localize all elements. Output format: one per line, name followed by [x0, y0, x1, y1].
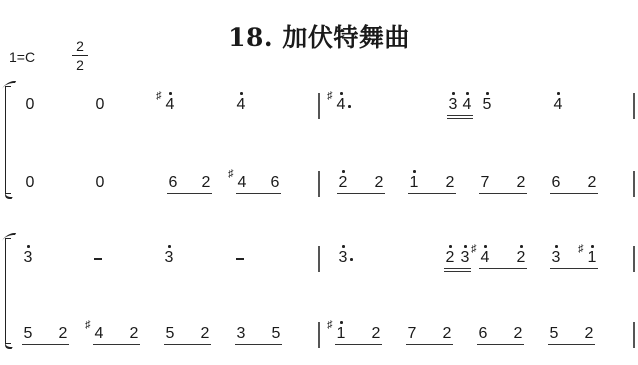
sustain-dash: [236, 258, 244, 260]
sharp-icon: ♯: [156, 87, 162, 105]
octave-dot-icon: [555, 245, 558, 248]
note: 2: [441, 325, 453, 343]
note: 5: [270, 325, 282, 343]
note-digit: 5: [483, 96, 492, 113]
beam-underline: [550, 268, 598, 269]
octave-dot-icon: [452, 92, 455, 95]
sharp-icon: ♯: [471, 240, 477, 258]
octave-dot-icon: [466, 92, 469, 95]
note: 4♯: [164, 96, 176, 114]
note-digit: 4: [463, 96, 472, 113]
score-title: 18. 加伏特舞曲: [0, 18, 638, 54]
note: 4♯: [479, 249, 491, 267]
note-digit: 2: [375, 174, 384, 191]
octave-dot-icon: [486, 92, 489, 95]
note-digit: 3: [339, 249, 348, 266]
note-digit: 5: [550, 325, 559, 342]
time-signature-numerator: 2: [72, 38, 88, 56]
octave-dot-icon: [520, 245, 523, 248]
octave-dot-icon: [413, 170, 416, 173]
note: 2: [337, 174, 349, 192]
note: 3: [337, 249, 349, 267]
note: 0: [24, 96, 36, 114]
note-digit: 4: [554, 96, 563, 113]
beam-underline: [22, 344, 69, 345]
note: 2: [444, 174, 456, 192]
note: 2: [199, 325, 211, 343]
note: 2: [370, 325, 382, 343]
sharp-icon: ♯: [85, 316, 91, 334]
note: 5: [481, 96, 493, 114]
note-digit: 5: [272, 325, 281, 342]
note-digit: 2: [201, 325, 210, 342]
note: 2: [583, 325, 595, 343]
beam-underline: [479, 268, 527, 269]
note: 3: [459, 249, 471, 267]
note-digit: 5: [24, 325, 33, 342]
note: 0: [94, 96, 106, 114]
time-signature: 2 2: [72, 38, 88, 73]
time-signature-denominator: 2: [72, 56, 88, 73]
note: 2: [586, 174, 598, 192]
octave-dot-icon: [557, 92, 560, 95]
beam-underline: [408, 193, 456, 194]
beam-underline: [548, 344, 595, 345]
barline: [633, 322, 635, 348]
barline: [633, 246, 635, 272]
note-digit: 2: [202, 174, 211, 191]
note-digit: 0: [96, 96, 105, 113]
note-digit: 4: [337, 96, 346, 113]
augmentation-dot-icon: [350, 258, 353, 261]
note: 6: [167, 174, 179, 192]
beam-underline: [550, 193, 598, 194]
octave-dot-icon: [169, 92, 172, 95]
note-digit: 3: [552, 249, 561, 266]
beam-underline: [167, 193, 212, 194]
beam-underline: [236, 193, 281, 194]
note-digit: 2: [446, 174, 455, 191]
note: 2: [200, 174, 212, 192]
octave-dot-icon: [340, 321, 343, 324]
beam-underline: [337, 193, 385, 194]
note: 7: [406, 325, 418, 343]
system-bracket-2: [5, 238, 11, 344]
note-digit: 7: [481, 174, 490, 191]
octave-dot-icon: [27, 245, 30, 248]
note-digit: 0: [96, 174, 105, 191]
note-digit: 4: [95, 325, 104, 342]
beam-underline: [447, 118, 473, 119]
note-digit: 0: [26, 96, 35, 113]
beam-underline: [93, 344, 140, 345]
note-digit: 3: [461, 249, 470, 266]
note: 3: [550, 249, 562, 267]
note: 3: [22, 249, 34, 267]
note-digit: 2: [588, 174, 597, 191]
beam-underline: [447, 115, 473, 116]
octave-dot-icon: [168, 245, 171, 248]
note-digit: 2: [443, 325, 452, 342]
note: 4: [461, 96, 473, 114]
barline: [318, 246, 320, 272]
octave-dot-icon: [342, 170, 345, 173]
note-digit: 4: [481, 249, 490, 266]
barline: [318, 322, 320, 348]
note: 4♯: [93, 325, 105, 343]
note: 2: [515, 174, 527, 192]
beam-underline: [406, 344, 453, 345]
note-digit: 6: [271, 174, 280, 191]
note-digit: 2: [59, 325, 68, 342]
note: 2: [515, 249, 527, 267]
octave-dot-icon: [449, 245, 452, 248]
note-digit: 1: [410, 174, 419, 191]
note: 7: [479, 174, 491, 192]
note: 4: [235, 96, 247, 114]
beam-underline: [164, 344, 211, 345]
beam-underline: [444, 268, 471, 269]
note-digit: 2: [446, 249, 455, 266]
octave-dot-icon: [240, 92, 243, 95]
octave-dot-icon: [464, 245, 467, 248]
note-digit: 0: [26, 174, 35, 191]
note-digit: 2: [517, 174, 526, 191]
note-digit: 3: [237, 325, 246, 342]
note-digit: 1: [337, 325, 346, 342]
sharp-icon: ♯: [327, 316, 333, 334]
note: 5: [164, 325, 176, 343]
note: 5: [548, 325, 560, 343]
note-digit: 2: [514, 325, 523, 342]
note-digit: 2: [517, 249, 526, 266]
barline: [633, 93, 635, 119]
note: 2: [57, 325, 69, 343]
note: 1: [408, 174, 420, 192]
note: 1♯: [586, 249, 598, 267]
note: 1♯: [335, 325, 347, 343]
note-digit: 3: [24, 249, 33, 266]
system-bracket-1: [5, 86, 11, 194]
note: 2: [512, 325, 524, 343]
note-digit: 1: [588, 249, 597, 266]
note-digit: 3: [449, 96, 458, 113]
note: 4♯: [335, 96, 347, 114]
sustain-dash: [94, 258, 102, 260]
note: 6: [269, 174, 281, 192]
barline: [318, 93, 320, 119]
beam-underline: [479, 193, 527, 194]
sharp-icon: ♯: [327, 87, 333, 105]
note: 2: [373, 174, 385, 192]
note: 6: [477, 325, 489, 343]
sharp-icon: ♯: [578, 240, 584, 258]
note-digit: 2: [372, 325, 381, 342]
octave-dot-icon: [342, 245, 345, 248]
note: 6: [550, 174, 562, 192]
note: 3: [163, 249, 175, 267]
note-digit: 7: [408, 325, 417, 342]
beam-underline: [335, 344, 382, 345]
note: 3: [235, 325, 247, 343]
note: 4: [552, 96, 564, 114]
note-digit: 5: [166, 325, 175, 342]
beam-underline: [444, 271, 471, 272]
note: 3: [447, 96, 459, 114]
note-digit: 2: [585, 325, 594, 342]
augmentation-dot-icon: [348, 105, 351, 108]
note: 4♯: [236, 174, 248, 192]
barline: [633, 171, 635, 197]
note-digit: 2: [339, 174, 348, 191]
octave-dot-icon: [484, 245, 487, 248]
key-signature: 1=C: [9, 49, 35, 65]
note-digit: 2: [130, 325, 139, 342]
note-digit: 6: [479, 325, 488, 342]
note: 2: [444, 249, 456, 267]
note-digit: 4: [237, 96, 246, 113]
note: 0: [24, 174, 36, 192]
octave-dot-icon: [340, 92, 343, 95]
note-digit: 6: [552, 174, 561, 191]
barline: [318, 171, 320, 197]
note: 0: [94, 174, 106, 192]
sharp-icon: ♯: [228, 165, 234, 183]
note-digit: 4: [166, 96, 175, 113]
beam-underline: [235, 344, 282, 345]
beam-underline: [477, 344, 524, 345]
note: 2: [128, 325, 140, 343]
note: 5: [22, 325, 34, 343]
note-digit: 3: [165, 249, 174, 266]
note-digit: 6: [169, 174, 178, 191]
octave-dot-icon: [591, 245, 594, 248]
note-digit: 4: [238, 174, 247, 191]
